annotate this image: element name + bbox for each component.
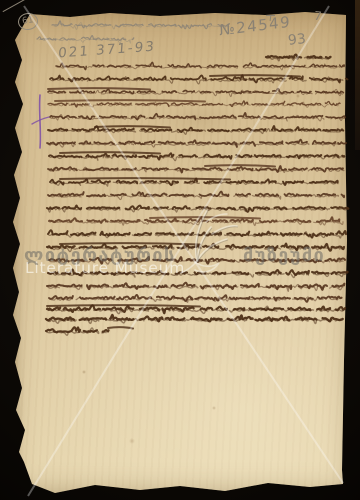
scanned-manuscript-page: 61 7 №24549 93 021 371-93 ლიტერატურის: [0, 0, 360, 500]
museum-emblem-watermark: [181, 210, 237, 273]
watermark-graphics: [0, 0, 360, 500]
